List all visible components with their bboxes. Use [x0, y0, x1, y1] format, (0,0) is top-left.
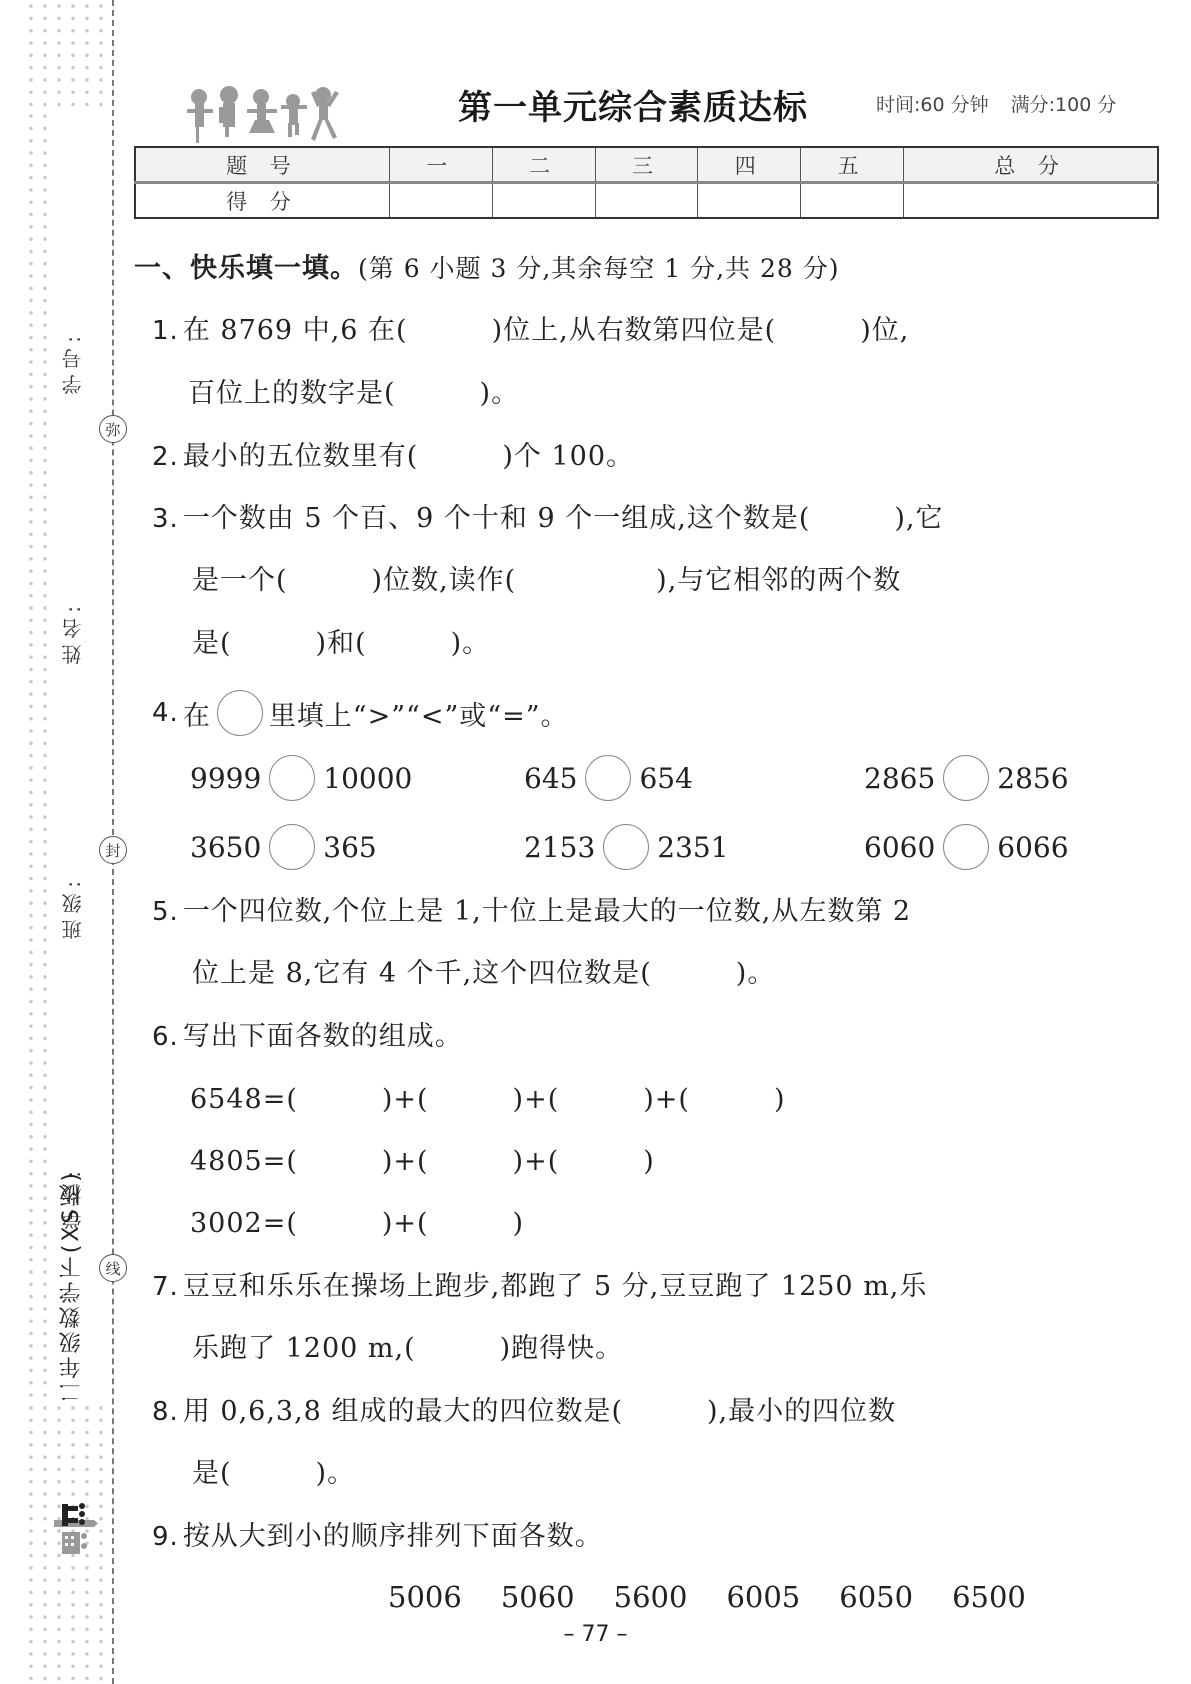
right-number: 2351	[657, 831, 728, 864]
question-3: 3.一个数由 5 个百、9 个十和 9 个一组成,这个数是( ),它	[152, 496, 944, 535]
left-number: 645	[524, 762, 577, 795]
question-text-prefix: 在	[183, 694, 211, 733]
question-number: 7.	[152, 1272, 179, 1302]
score-cell[interactable]	[698, 183, 801, 219]
question-2: 2.最小的五位数里有( )个 100。	[152, 434, 634, 473]
margin-dot-pattern-narrow	[24, 110, 52, 1400]
question-number: 6.	[152, 1022, 179, 1052]
left-number: 3650	[190, 831, 261, 864]
question-9: 9.按从大到小的顺序排列下面各数。	[152, 1514, 603, 1553]
question-4: 4.在里填上“>”“<”或“=”。	[152, 690, 569, 736]
header-cell: 三	[595, 147, 698, 183]
numbers-to-sort: 500650605600600560506500	[388, 1580, 1065, 1614]
question-text: 在 8769 中,6 在( )位上,从右数第四位是( )位,	[183, 315, 910, 346]
score-cell[interactable]	[492, 183, 595, 219]
name-label: 姓名:	[58, 600, 87, 665]
left-number: 2153	[524, 831, 595, 864]
right-number: 365	[323, 831, 376, 864]
score-cell[interactable]	[389, 183, 492, 219]
question-text: 豆豆和乐乐在操场上跑步,都跑了 5 分,豆豆跑了 1250 m,乐	[183, 1271, 928, 1302]
left-number: 6060	[864, 831, 935, 864]
question-text-suffix: 里填上“>”“<”或“=”。	[269, 694, 569, 733]
question-text: 最小的五位数里有( )个 100。	[183, 441, 634, 472]
answer-circle[interactable]	[943, 755, 989, 801]
page-title: 第一单元综合素质达标	[458, 80, 808, 129]
score-table: 题 号 一 二 三 四 五 总 分 得 分	[134, 146, 1159, 219]
page-number: – 77 –	[0, 1622, 1191, 1647]
question-5: 5.一个四位数,个位上是 1,十位上是最大的一位数,从左数第 2	[152, 889, 911, 928]
question-text: 一个四位数,个位上是 1,十位上是最大的一位数,从左数第 2	[183, 896, 911, 927]
score-cell[interactable]	[904, 183, 1158, 219]
question-number: 5.	[152, 897, 179, 927]
question-7-line2: 乐跑了 1200 m,( )跑得快。	[192, 1326, 623, 1365]
question-text: 按从大到小的顺序排列下面各数。	[183, 1521, 603, 1552]
question-5-line2: 位上是 8,它有 4 个千,这个四位数是( )。	[192, 951, 775, 990]
seal-feng: 封	[99, 836, 127, 864]
right-number: 2856	[997, 762, 1068, 795]
children-silhouette-icon	[185, 85, 345, 145]
answer-circle[interactable]	[585, 755, 631, 801]
question-number: 1.	[152, 316, 179, 346]
left-number: 9999	[190, 762, 261, 795]
answer-circle[interactable]	[269, 755, 315, 801]
left-number: 2865	[864, 762, 935, 795]
compare-item: 645654	[524, 755, 693, 801]
row-label: 得 分	[135, 183, 389, 219]
score-table-header-row: 题 号 一 二 三 四 五 总 分	[135, 147, 1158, 183]
exam-meta: 时间:60 分钟满分:100 分	[876, 90, 1138, 117]
number-item: 6500	[952, 1580, 1026, 1614]
number-item: 6050	[839, 1580, 913, 1614]
header-cell: 题 号	[135, 147, 389, 183]
right-number: 10000	[323, 762, 412, 795]
student-no-label: 学号:	[58, 330, 87, 395]
question-number: 2.	[152, 442, 179, 472]
example-circle-icon	[217, 690, 263, 736]
header-cell: 总 分	[904, 147, 1158, 183]
question-8-line2: 是( )。	[192, 1451, 355, 1490]
number-item: 5060	[501, 1580, 575, 1614]
header-cell: 二	[492, 147, 595, 183]
question-text: 写出下面各数的组成。	[183, 1021, 463, 1052]
section-title: 一、快乐填一填。	[134, 253, 358, 284]
header-cell: 五	[801, 147, 904, 183]
compare-item: 3650365	[190, 824, 377, 870]
question-3-line3: 是( )和( )。	[192, 621, 490, 660]
compare-item: 28652856	[864, 755, 1069, 801]
answer-circle[interactable]	[269, 824, 315, 870]
equation-3002: 3002=( )+( )	[190, 1201, 524, 1240]
right-number: 6066	[997, 831, 1068, 864]
compare-item: 999910000	[190, 755, 412, 801]
compare-item: 60606066	[864, 824, 1069, 870]
question-3-line2: 是一个( )位数,读作( ),与它相邻的两个数	[192, 558, 901, 597]
question-1: 1.在 8769 中,6 在( )位上,从右数第四位是( )位,	[152, 308, 909, 347]
question-number: 4.	[152, 698, 179, 728]
publisher-logo-icon	[52, 1500, 98, 1560]
number-item: 6005	[726, 1580, 800, 1614]
number-item: 5600	[614, 1580, 688, 1614]
header-cell: 四	[698, 147, 801, 183]
compare-item: 21532351	[524, 824, 729, 870]
question-1-line2: 百位上的数字是( )。	[188, 371, 519, 410]
book-title: 二年级数学下(XS版)	[56, 1170, 87, 1403]
question-text: 一个数由 5 个百、9 个十和 9 个一组成,这个数是( ),它	[183, 503, 944, 534]
question-7: 7.豆豆和乐乐在操场上跑步,都跑了 5 分,豆豆跑了 1250 m,乐	[152, 1264, 927, 1303]
question-8: 8.用 0,6,3,8 组成的最大的四位数是( ),最小的四位数	[152, 1389, 896, 1428]
question-number: 3.	[152, 504, 179, 534]
score-table-score-row: 得 分	[135, 183, 1158, 219]
time-limit: 时间:60 分钟	[876, 94, 989, 116]
section-note: (第 6 小题 3 分,其余每空 1 分,共 28 分)	[358, 254, 840, 283]
right-number: 654	[639, 762, 692, 795]
section-heading: 一、快乐填一填。(第 6 小题 3 分,其余每空 1 分,共 28 分)	[134, 246, 840, 285]
score-cell[interactable]	[595, 183, 698, 219]
class-label: 班级:	[58, 875, 87, 940]
question-text: 用 0,6,3,8 组成的最大的四位数是( ),最小的四位数	[183, 1396, 896, 1427]
question-number: 8.	[152, 1397, 179, 1427]
seal-mi: 弥	[99, 415, 127, 443]
question-number: 9.	[152, 1522, 179, 1552]
equation-6548: 6548=( )+( )+( )+( )	[190, 1077, 785, 1116]
equation-4805: 4805=( )+( )+( )	[190, 1139, 655, 1178]
question-6: 6.写出下面各数的组成。	[152, 1014, 463, 1053]
header-cell: 一	[389, 147, 492, 183]
full-score: 满分:100 分	[1011, 94, 1117, 116]
seal-xian: 线	[99, 1254, 127, 1282]
answer-circle[interactable]	[603, 824, 649, 870]
number-item: 5006	[388, 1580, 462, 1614]
answer-circle[interactable]	[943, 824, 989, 870]
score-cell[interactable]	[801, 183, 904, 219]
